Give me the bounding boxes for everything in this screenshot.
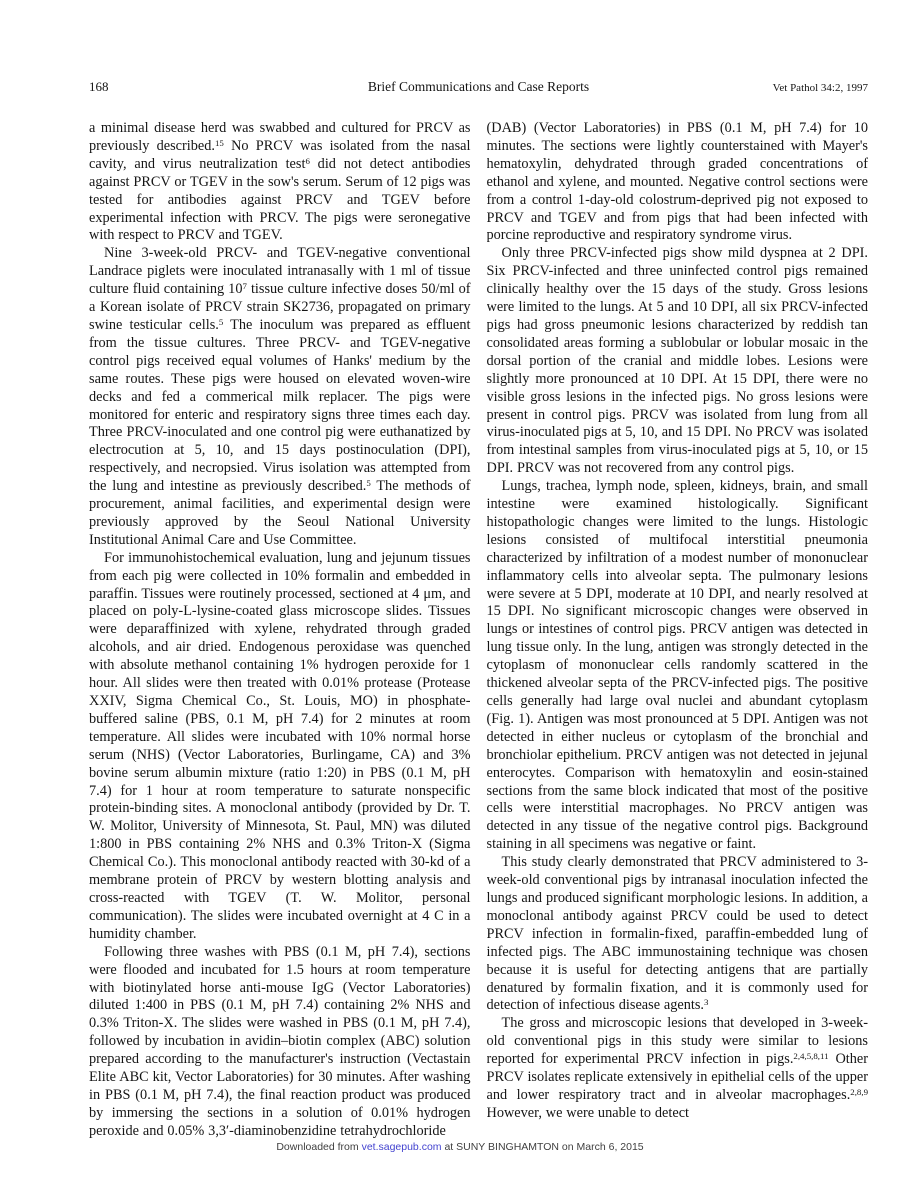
running-head-title: Brief Communications and Case Reports xyxy=(368,79,589,95)
paragraph: a minimal disease herd was swabbed and c… xyxy=(89,120,471,245)
paragraph: Lungs, trachea, lymph node, spleen, kidn… xyxy=(487,478,869,854)
paragraph: For immunohistochemical evaluation, lung… xyxy=(89,550,471,944)
reference-superscript: 5 xyxy=(366,478,370,488)
footer-link[interactable]: vet.sagepub.com xyxy=(362,1141,442,1153)
reference-superscript: 6 xyxy=(305,156,309,166)
paragraph: Only three PRCV-infected pigs show mild … xyxy=(487,245,869,478)
article-body: a minimal disease herd was swabbed and c… xyxy=(89,120,868,1164)
footer-prefix: Downloaded from xyxy=(276,1141,361,1153)
paragraph: Following three washes with PBS (0.1 M, … xyxy=(89,944,471,1141)
journal-page: 168 Brief Communications and Case Report… xyxy=(0,0,920,1189)
reference-superscript: 2,4,5,8,11 xyxy=(793,1051,828,1061)
reference-superscript: 5 xyxy=(219,317,223,327)
paragraph: (DAB) (Vector Laboratories) in PBS (0.1 … xyxy=(487,120,869,245)
page-number: 168 xyxy=(89,79,368,95)
reference-superscript: 3 xyxy=(704,997,708,1007)
reference-superscript: 7 xyxy=(242,281,246,291)
download-footer: Downloaded from vet.sagepub.com at SUNY … xyxy=(0,1141,920,1153)
reference-superscript: 2,8,9 xyxy=(850,1087,868,1097)
reference-superscript: 15 xyxy=(215,138,224,148)
right-column: (DAB) (Vector Laboratories) in PBS (0.1 … xyxy=(487,120,869,1164)
paragraph: This study clearly demonstrated that PRC… xyxy=(487,854,869,1015)
paragraph: Nine 3-week-old PRCV- and TGEV-negative … xyxy=(89,245,471,549)
left-column: a minimal disease herd was swabbed and c… xyxy=(89,120,471,1164)
paragraph: The gross and microscopic lesions that d… xyxy=(487,1015,869,1122)
journal-reference: Vet Pathol 34:2, 1997 xyxy=(589,82,868,94)
running-head: 168 Brief Communications and Case Report… xyxy=(89,79,868,95)
footer-suffix: at SUNY BINGHAMTON on March 6, 2015 xyxy=(442,1141,644,1153)
